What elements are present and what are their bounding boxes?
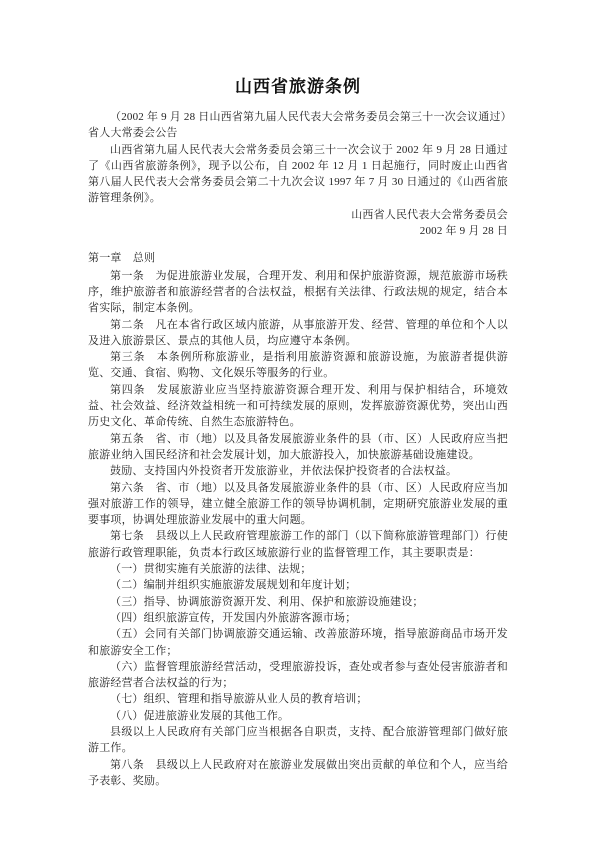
article-4: 第四条 发展旅游业应当坚持旅游资源合理开发、利用与保护相结合，环境效益、社会效益… xyxy=(88,382,508,431)
article-8: 第八条 县级以上人民政府对在旅游业发展做出突出贡献的单位和个人，应当给予表彰、奖… xyxy=(88,757,508,790)
article-7-item-3: （三）指导、协调旅游资源开发、利用、保护和旅游设施建设； xyxy=(88,594,508,610)
article-7-item-6: （六）监督管理旅游经营活动，受理旅游投诉，查处或者参与查处侵害旅游者和旅游经营者… xyxy=(88,659,508,692)
promulgation-paragraph: 山西省第九届人民代表大会常务委员会第三十一次会议于 2002 年 9 月 28 … xyxy=(88,142,508,207)
article-7-item-5: （五）会同有关部门协调旅游交通运输、改善旅游环境，指导旅游商品市场开发和旅游安全… xyxy=(88,626,508,659)
article-2: 第二条 凡在本省行政区域内旅游，从事旅游开发、经营、管理的单位和个人以及进入旅游… xyxy=(88,317,508,350)
article-7: 第七条 县级以上人民政府管理旅游工作的部门（以下简称旅游管理部门）行使旅游行政管… xyxy=(88,528,508,561)
article-7-item-7: （七）组织、管理和指导旅游从业人员的教育培训； xyxy=(88,691,508,707)
adoption-note: （2002 年 9 月 28 日山西省第九届人民代表大会常务委员会第三十一次会议… xyxy=(88,109,508,125)
document-page: 山西省旅游条例 （2002 年 9 月 28 日山西省第九届人民代表大会常务委员… xyxy=(0,0,595,842)
signature-date: 2002 年 9 月 28 日 xyxy=(88,223,508,239)
chapter-1-heading: 第一章 总则 xyxy=(88,250,508,266)
document-title: 山西省旅游条例 xyxy=(88,72,508,97)
article-3: 第三条 本条例所称旅游业，是指利用旅游资源和旅游设施，为旅游者提供游览、交通、食… xyxy=(88,349,508,382)
article-7-item-8: （八）促进旅游业发展的其他工作。 xyxy=(88,708,508,724)
article-7-item-4: （四）组织旅游宣传，开发国内外旅游客源市场； xyxy=(88,610,508,626)
article-7-closing: 县级以上人民政府有关部门应当根据各自职责，支持、配合旅游管理部门做好旅游工作。 xyxy=(88,724,508,757)
document-body: （2002 年 9 月 28 日山西省第九届人民代表大会常务委员会第三十一次会议… xyxy=(88,109,508,789)
article-5: 第五条 省、市（地）以及具备发展旅游业条件的县（市、区）人民政府应当把旅游业纳入… xyxy=(88,431,508,464)
article-7-item-2: （二）编制并组织实施旅游发展规划和年度计划； xyxy=(88,577,508,593)
announcement-label: 省人大常委会公告 xyxy=(88,125,508,141)
article-6: 第六条 省、市（地）以及具备发展旅游业条件的县（市、区）人民政府应当加强对旅游工… xyxy=(88,480,508,529)
article-7-item-1: （一）贯彻实施有关旅游的法律、法规； xyxy=(88,561,508,577)
signature-organization: 山西省人民代表大会常务委员会 xyxy=(88,207,508,223)
article-1: 第一条 为促进旅游业发展，合理开发、利用和保护旅游资源，规范旅游市场秩序，维护旅… xyxy=(88,268,508,317)
article-5-paragraph-2: 鼓励、支持国内外投资者开发旅游业，并依法保护投资者的合法权益。 xyxy=(88,463,508,479)
